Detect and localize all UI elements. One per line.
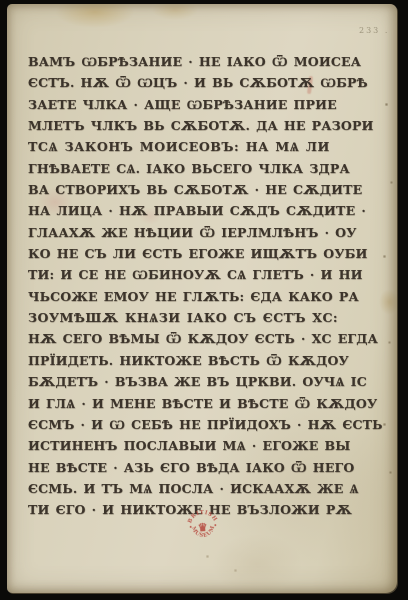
british-museum-stamp: BRITISH MUSEUM ♛ (186, 509, 220, 543)
manuscript-line: ГЛААХѪ ЖЕ НѢЦИИ Ѿ ІЕРЛМЛѢНЪ · ОУ (28, 222, 346, 243)
manuscript-line: ВА СТВОРИХЪ ВЬ СѪБОТѪ · НЕ СѪДИТЕ (28, 179, 346, 200)
manuscript-line: ТИ: И СЕ НЕ ѠБИНОУѪ СѦ ГЛЕТЪ · И НИ (28, 264, 346, 285)
manuscript-line: БѪДЕТЪ · ВЪЗВА ЖЕ ВЪ ЦРКВИ. ОУЧѦ ІС (28, 371, 346, 392)
stamp-left-dot (190, 526, 192, 528)
manuscript-line: ВАМЪ ѠБРѢЗАНИЕ · НЕ ІАКО Ѿ МОИСЕА (28, 51, 346, 72)
manuscript-line: ГНѢВАЕТЕ СѦ. ІАКО ВЬСЕГО ЧЛКА ЗДРА (28, 158, 346, 179)
manuscript-line: ПРЇИДЕТЬ. НИКТОЖЕ ВѢСТЬ Ѿ КѪДОУ (28, 350, 346, 371)
manuscript-line: ИСТИНЕНЪ ПОСЛАВЫИ МѦ · ЕГОЖЕ ВЫ (28, 435, 346, 456)
manuscript-line: ЄСМЪ · И Ѡ СЕБѢ НЕ ПРЇИДОХЪ · НѪ ЄСТЬ (28, 414, 346, 435)
crown-icon: ♛ (197, 519, 209, 534)
manuscript-line: НЕ ВѢСТЕ · АЗЬ ЄГО ВѢДА ІАКО Ѿ НЕГО (28, 457, 346, 478)
manuscript-line: ЧЬСОЖЕ ЕМОУ НЕ ГЛѪТЬ: ЄДА КАКО РА (28, 286, 346, 307)
manuscript-line: ЄСМЬ. И ТЪ МѦ ПОСЛА · ИСКААХѪ ЖЕ Ѧ (28, 478, 346, 499)
manuscript-line: ЗОУМѢШѪ КНѦЗИ ІАКО СЪ ЄСТЪ ХС: (28, 307, 346, 328)
manuscript-photo-background: 233 . ВАМЪ ѠБРѢЗАНИЕ · НЕ ІАКО Ѿ МОИСЕА … (0, 0, 408, 600)
manuscript-line: И ГЛѦ · И МЕНЕ ВѢСТЕ И ВѢСТЕ Ѿ КѪДОУ (28, 393, 346, 414)
folio-number: 233 . (359, 26, 389, 35)
manuscript-line: НѪ СЕГО ВѢМЫ Ѿ КѪДОУ ЄСТЬ · ХС ЕГДА (28, 328, 346, 349)
parchment-specks (7, 4, 8, 5)
manuscript-text-block: ВАМЪ ѠБРѢЗАНИЕ · НЕ ІАКО Ѿ МОИСЕА ЄСТЪ. … (28, 51, 346, 521)
manuscript-line: НА ЛИЦА · НѪ ПРАВЫИ СѪДЪ СѪДИТЕ · (28, 200, 346, 221)
stamp-right-dot (214, 524, 216, 526)
manuscript-page: 233 . ВАМЪ ѠБРѢЗАНИЕ · НЕ ІАКО Ѿ МОИСЕА … (7, 4, 397, 593)
manuscript-line: ЄСТЪ. НѪ Ѿ ѠЦЪ · И ВЬ СѪБОТѪ ѠБРѢ (28, 72, 346, 93)
manuscript-line: ТСѦ ЗАКОНЪ МОИСЕОВЪ: НА МѦ ЛИ (28, 136, 346, 157)
manuscript-line: ЗАЕТЕ ЧЛКА · АЩЕ ѠБРѢЗАНИЕ ПРИЕ (28, 94, 346, 115)
manuscript-line: КО НЕ СЪ ЛИ ЄСТЬ ЕГОЖЕ ИЩѪТЪ ОУБИ (28, 243, 346, 264)
manuscript-line: МЛЕТЪ ЧЛКЪ ВЬ СѪБОТѪ. ДА НЕ РАЗОРИ (28, 115, 346, 136)
